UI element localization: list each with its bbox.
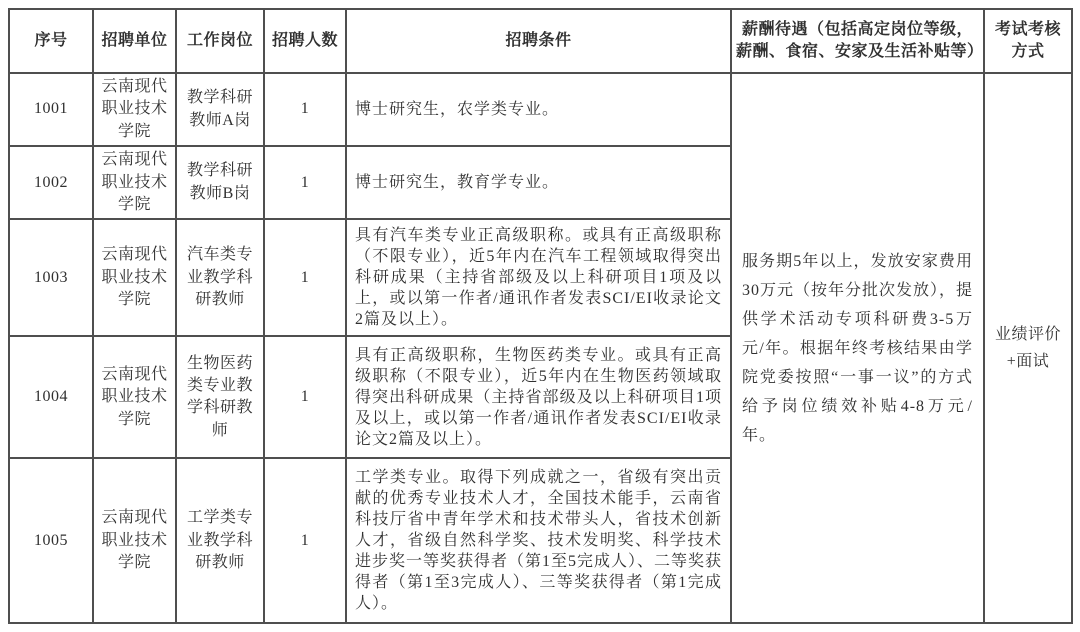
cell-requirements-1005: 工学类专业。取得下列成就之一，省级有突出贡献的优秀专业技术人才，全国技术能手，云… [346,458,731,623]
cell-position-1001: 教学科研教师A岗 [176,73,264,146]
cell-serial-1005: 1005 [9,458,93,623]
cell-unit-1005: 云南现代职业技术学院 [93,458,176,623]
header-headcount: 招聘人数 [264,9,346,73]
cell-requirements-1004: 具有正高级职称，生物医药类专业。或具有正高级职称（不限专业），近5年内在生物医药… [346,336,731,458]
header-unit: 招聘单位 [93,9,176,73]
header-assessment: 考试考核方式 [984,9,1072,73]
cell-unit-1003: 云南现代职业技术学院 [93,219,176,336]
cell-requirements-1002: 博士研究生，教育学专业。 [346,146,731,219]
cell-unit-1004: 云南现代职业技术学院 [93,336,176,458]
cell-headcount-1004: 1 [264,336,346,458]
cell-position-1005: 工学类专业教学科研教师 [176,458,264,623]
document-canvas: 序号 招聘单位 工作岗位 招聘人数 招聘条件 薪酬待遇（包括高定岗位等级，薪酬、… [0,0,1080,632]
header-serial: 序号 [9,9,93,73]
cell-requirements-1001: 博士研究生，农学类专业。 [346,73,731,146]
cell-serial-1003: 1003 [9,219,93,336]
cell-position-1002: 教学科研教师B岗 [176,146,264,219]
header-salary: 薪酬待遇（包括高定岗位等级，薪酬、食宿、安家及生活补贴等） [731,9,984,73]
cell-assessment-merged: 业绩评价+面试 [984,73,1072,623]
header-requirements: 招聘条件 [346,9,731,73]
cell-headcount-1003: 1 [264,219,346,336]
cell-unit-1002: 云南现代职业技术学院 [93,146,176,219]
header-position: 工作岗位 [176,9,264,73]
cell-position-1004: 生物医药类专业教学科研教师 [176,336,264,458]
cell-serial-1002: 1002 [9,146,93,219]
recruitment-table: 序号 招聘单位 工作岗位 招聘人数 招聘条件 薪酬待遇（包括高定岗位等级，薪酬、… [8,8,1073,624]
cell-serial-1004: 1004 [9,336,93,458]
cell-headcount-1001: 1 [264,73,346,146]
cell-requirements-1003: 具有汽车类专业正高级职称。或具有正高级职称（不限专业），近5年内在汽车工程领域取… [346,219,731,336]
cell-position-1003: 汽车类专业教学科研教师 [176,219,264,336]
cell-headcount-1002: 1 [264,146,346,219]
header-row: 序号 招聘单位 工作岗位 招聘人数 招聘条件 薪酬待遇（包括高定岗位等级，薪酬、… [9,9,1072,73]
table-row-1001: 1001 云南现代职业技术学院 教学科研教师A岗 1 博士研究生，农学类专业。 … [9,73,1072,146]
cell-salary-merged: 服务期5年以上，发放安家费用30万元（按年分批次发放），提供学术活动专项科研费3… [731,73,984,623]
cell-serial-1001: 1001 [9,73,93,146]
cell-unit-1001: 云南现代职业技术学院 [93,73,176,146]
cell-headcount-1005: 1 [264,458,346,623]
